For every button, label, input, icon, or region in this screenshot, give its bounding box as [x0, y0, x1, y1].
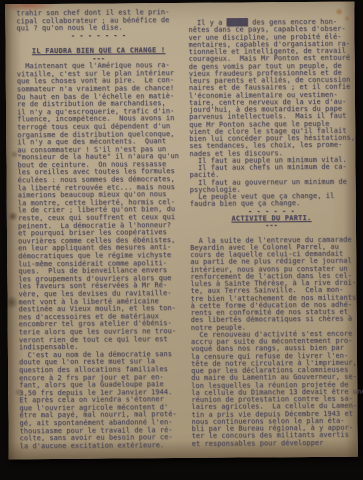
scan-backdrop: { "page": { "kind": "scanned typewritten… [0, 0, 363, 480]
left-text-column: trahir son chef dont il est le prin-cipa… [16, 9, 183, 451]
text-line: et responsables pour développer [192, 439, 355, 448]
text-line: la d'aucune excitation extérieure. [20, 442, 184, 451]
right-text-column: Il y a █████ des gens encore hon-nêtes d… [188, 19, 354, 448]
bulletin-page: trahir son chef dont il est le prin-cipa… [5, 2, 358, 460]
